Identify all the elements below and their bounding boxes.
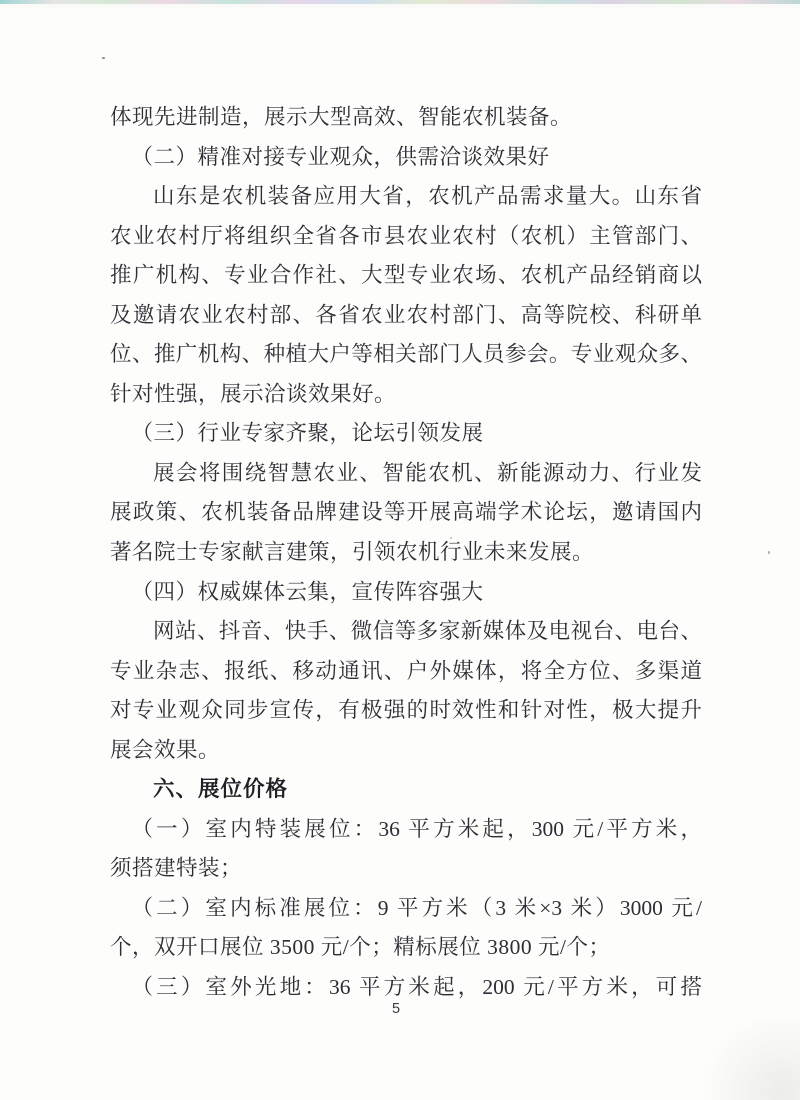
paragraph-line: 山东是农机装备应用大省，农机产品需求量大。山东省 bbox=[110, 177, 702, 217]
subsection-heading-3: （三）行业专家齐聚，论坛引领发展 bbox=[110, 414, 702, 454]
paragraph-line: 展政策、农机装备品牌建设等开展高端学术论坛，邀请国内 bbox=[110, 493, 702, 533]
paragraph-line: 体现先进制造，展示大型高效、智能农机装备。 bbox=[110, 98, 702, 138]
scan-edge-artifact bbox=[0, 0, 800, 4]
paragraph-line: 农业农村厅将组织全省各市县农业农村（农机）主管部门、 bbox=[110, 217, 702, 257]
paragraph-line: 著名院士专家献言建策，引领农机行业未来发展。 bbox=[110, 533, 702, 573]
document-body: 体现先进制造，展示大型高效、智能农机装备。 （二）精准对接专业观众，供需洽谈效果… bbox=[110, 98, 702, 1008]
price-item-indoor-special: （一）室内特装展位：36 平方米起，300 元/平方米， bbox=[110, 810, 702, 850]
paragraph-line: 网站、抖音、快手、微信等多家新媒体及电视台、电台、 bbox=[110, 612, 702, 652]
paragraph-line: 推广机构、专业合作社、大型专业农场、农机产品经销商以 bbox=[110, 256, 702, 296]
price-item-continuation: 须搭建特装； bbox=[110, 849, 702, 889]
paragraph-line: 展会将围绕智慧农业、智能农机、新能源动力、行业发 bbox=[110, 454, 702, 494]
scan-speck bbox=[102, 57, 105, 59]
scan-speck bbox=[450, 537, 452, 539]
scan-corner-texture bbox=[680, 1020, 800, 1100]
subsection-heading-4: （四）权威媒体云集，宣传阵容强大 bbox=[110, 573, 702, 613]
paragraph-line: 专业杂志、报纸、移动通讯、户外媒体，将全方位、多渠道 bbox=[110, 652, 702, 692]
paragraph-line: 展会效果。 bbox=[110, 731, 702, 771]
paragraph-line: 位、推广机构、种植大户等相关部门人员参会。专业观众多、 bbox=[110, 335, 702, 375]
price-item-indoor-standard: （二）室内标准展位：9 平方米（3 米×3 米）3000 元/ bbox=[110, 889, 702, 929]
page-number: 5 bbox=[0, 1001, 792, 1017]
document-page: 体现先进制造，展示大型高效、智能农机装备。 （二）精准对接专业观众，供需洽谈效果… bbox=[0, 0, 800, 1100]
scan-speck bbox=[768, 551, 770, 554]
section-heading-booth-price: 六、展位价格 bbox=[110, 770, 702, 810]
paragraph-line: 针对性强，展示洽谈效果好。 bbox=[110, 375, 702, 415]
price-item-continuation: 个，双开口展位 3500 元/个；精标展位 3800 元/个； bbox=[110, 928, 702, 968]
subsection-heading-2: （二）精准对接专业观众，供需洽谈效果好 bbox=[110, 138, 702, 178]
paragraph-line: 及邀请农业农村部、各省农业农村部门、高等院校、科研单 bbox=[110, 296, 702, 336]
paragraph-line: 对专业观众同步宣传，有极强的时效性和针对性，极大提升 bbox=[110, 691, 702, 731]
